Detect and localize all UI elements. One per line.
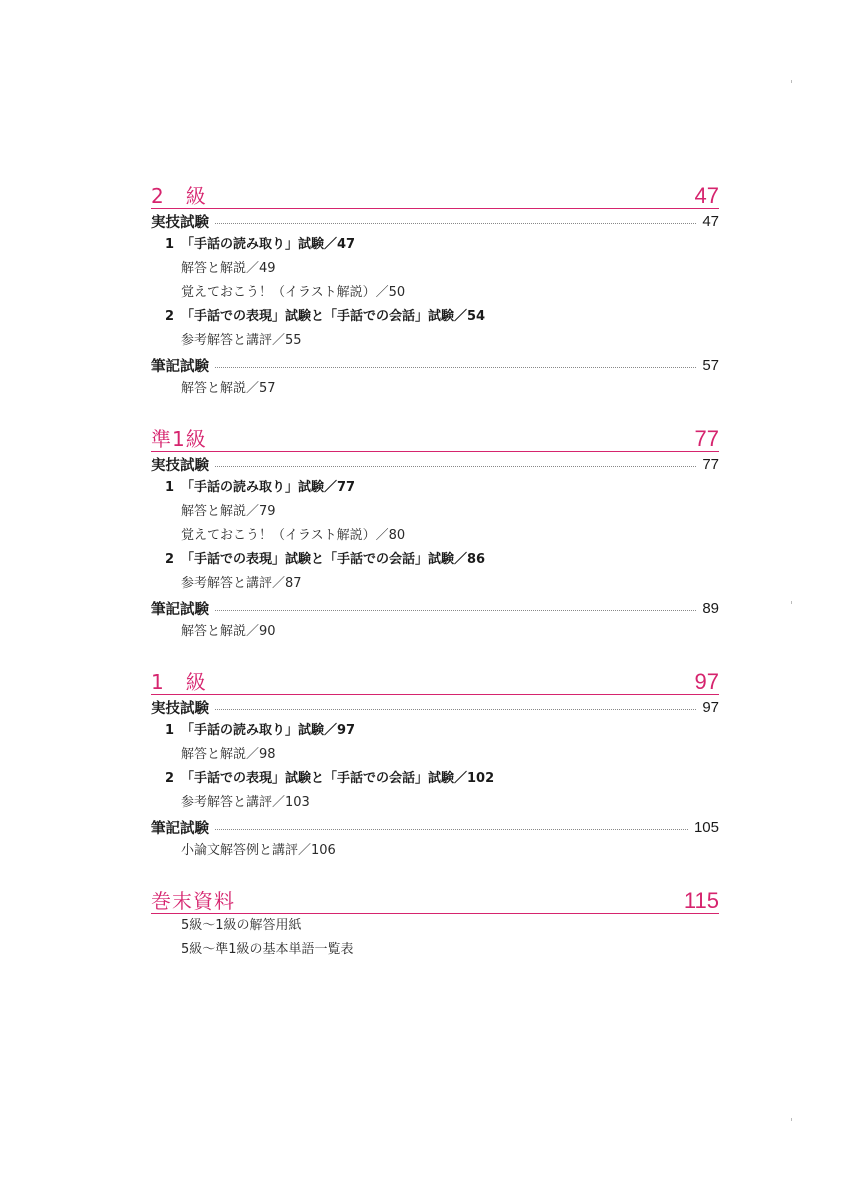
section-heading[interactable]: 巻末資料 115 [151, 885, 719, 914]
toc-subentry[interactable]: 解答と解説／57 [151, 377, 719, 401]
toc-subentry[interactable]: 1「手話の読み取り」試験／97 [151, 719, 719, 743]
toc-subentry[interactable]: 2「手話での表現」試験と「手話での会話」試験／86 [151, 548, 719, 572]
toc-subentry[interactable]: 2「手話での表現」試験と「手話での会話」試験／102 [151, 767, 719, 791]
dotted-leader [215, 367, 696, 368]
toc-subentry[interactable]: 解答と解説／49 [151, 257, 719, 281]
entry-label: 筆記試験 [151, 355, 209, 376]
section-title: 1 級 [151, 670, 207, 694]
toc-subentry[interactable]: 参考解答と講評／87 [151, 572, 719, 596]
section-heading[interactable]: 2 級 47 [151, 180, 719, 209]
subentry-number: 1 [165, 233, 181, 257]
section-title: 2 級 [151, 184, 207, 208]
toc-subentry[interactable]: 覚えておこう！（イラスト解説）／50 [151, 281, 719, 305]
subentry-text: 「手話での表現」試験と「手話での会話」試験／86 [181, 552, 485, 567]
subentry-number: 2 [165, 548, 181, 572]
dotted-leader [215, 709, 696, 710]
toc-entry-practical-exam[interactable]: 実技試験 97 [151, 695, 719, 719]
entry-page-number: 57 [702, 357, 719, 374]
crop-mark [791, 601, 792, 604]
dotted-leader [215, 223, 696, 224]
subentry-number: 1 [165, 719, 181, 743]
table-of-contents: 2 級 47 実技試験 47 1「手話の読み取り」試験／47 解答と解説／49 … [151, 180, 719, 984]
toc-entry-written-exam[interactable]: 筆記試験 57 [151, 353, 719, 377]
subentry-text: 「手話の読み取り」試験／97 [181, 723, 355, 738]
toc-subentry[interactable]: 5級～1級の解答用紙 [151, 914, 719, 938]
entry-label: 筆記試験 [151, 598, 209, 619]
section-heading[interactable]: 1 級 97 [151, 666, 719, 695]
toc-subentry[interactable]: 1「手話の読み取り」試験／77 [151, 476, 719, 500]
entry-page-number: 105 [694, 819, 719, 836]
dotted-leader [215, 466, 696, 467]
section-page-number: 115 [684, 889, 719, 913]
subentry-number: 1 [165, 476, 181, 500]
entry-label: 実技試験 [151, 454, 209, 475]
entry-label: 実技試験 [151, 211, 209, 232]
toc-subentry[interactable]: 参考解答と講評／55 [151, 329, 719, 353]
section-title: 巻末資料 [151, 889, 235, 913]
section-title: 準1級 [151, 427, 207, 451]
toc-subentry[interactable]: 解答と解説／90 [151, 620, 719, 644]
entry-page-number: 89 [702, 600, 719, 617]
toc-subentry[interactable]: 解答と解説／79 [151, 500, 719, 524]
subentry-text: 「手話での表現」試験と「手話での会話」試験／102 [181, 771, 494, 786]
entry-label: 実技試験 [151, 697, 209, 718]
toc-section-appendix: 巻末資料 115 5級～1級の解答用紙 5級～準1級の基本単語一覧表 [151, 885, 719, 962]
toc-subentry[interactable]: 1「手話の読み取り」試験／47 [151, 233, 719, 257]
entry-label: 筆記試験 [151, 817, 209, 838]
subentry-number: 2 [165, 767, 181, 791]
toc-subentry[interactable]: 小論文解答例と講評／106 [151, 839, 719, 863]
subentry-text: 「手話での表現」試験と「手話での会話」試験／54 [181, 309, 485, 324]
entry-page-number: 47 [702, 213, 719, 230]
section-page-number: 97 [695, 670, 719, 694]
toc-subentry[interactable]: 覚えておこう！（イラスト解説）／80 [151, 524, 719, 548]
toc-subentry[interactable]: 参考解答と講評／103 [151, 791, 719, 815]
entry-page-number: 97 [702, 699, 719, 716]
dotted-leader [215, 829, 688, 830]
toc-section-pre-grade1: 準1級 77 実技試験 77 1「手話の読み取り」試験／77 解答と解説／79 … [151, 423, 719, 644]
toc-entry-written-exam[interactable]: 筆記試験 89 [151, 596, 719, 620]
toc-entry-written-exam[interactable]: 筆記試験 105 [151, 815, 719, 839]
toc-entry-practical-exam[interactable]: 実技試験 47 [151, 209, 719, 233]
crop-mark [791, 80, 792, 83]
section-page-number: 47 [695, 184, 719, 208]
section-page-number: 77 [695, 427, 719, 451]
toc-subentry[interactable]: 2「手話での表現」試験と「手話での会話」試験／54 [151, 305, 719, 329]
subentry-text: 「手話の読み取り」試験／77 [181, 480, 355, 495]
toc-section-grade2: 2 級 47 実技試験 47 1「手話の読み取り」試験／47 解答と解説／49 … [151, 180, 719, 401]
subentry-text: 「手話の読み取り」試験／47 [181, 237, 355, 252]
toc-subentry[interactable]: 解答と解説／98 [151, 743, 719, 767]
subentry-number: 2 [165, 305, 181, 329]
toc-entry-practical-exam[interactable]: 実技試験 77 [151, 452, 719, 476]
section-heading[interactable]: 準1級 77 [151, 423, 719, 452]
toc-section-grade1: 1 級 97 実技試験 97 1「手話の読み取り」試験／97 解答と解説／98 … [151, 666, 719, 863]
dotted-leader [215, 610, 696, 611]
toc-subentry[interactable]: 5級～準1級の基本単語一覧表 [151, 938, 719, 962]
crop-mark [791, 1118, 792, 1121]
entry-page-number: 77 [702, 456, 719, 473]
